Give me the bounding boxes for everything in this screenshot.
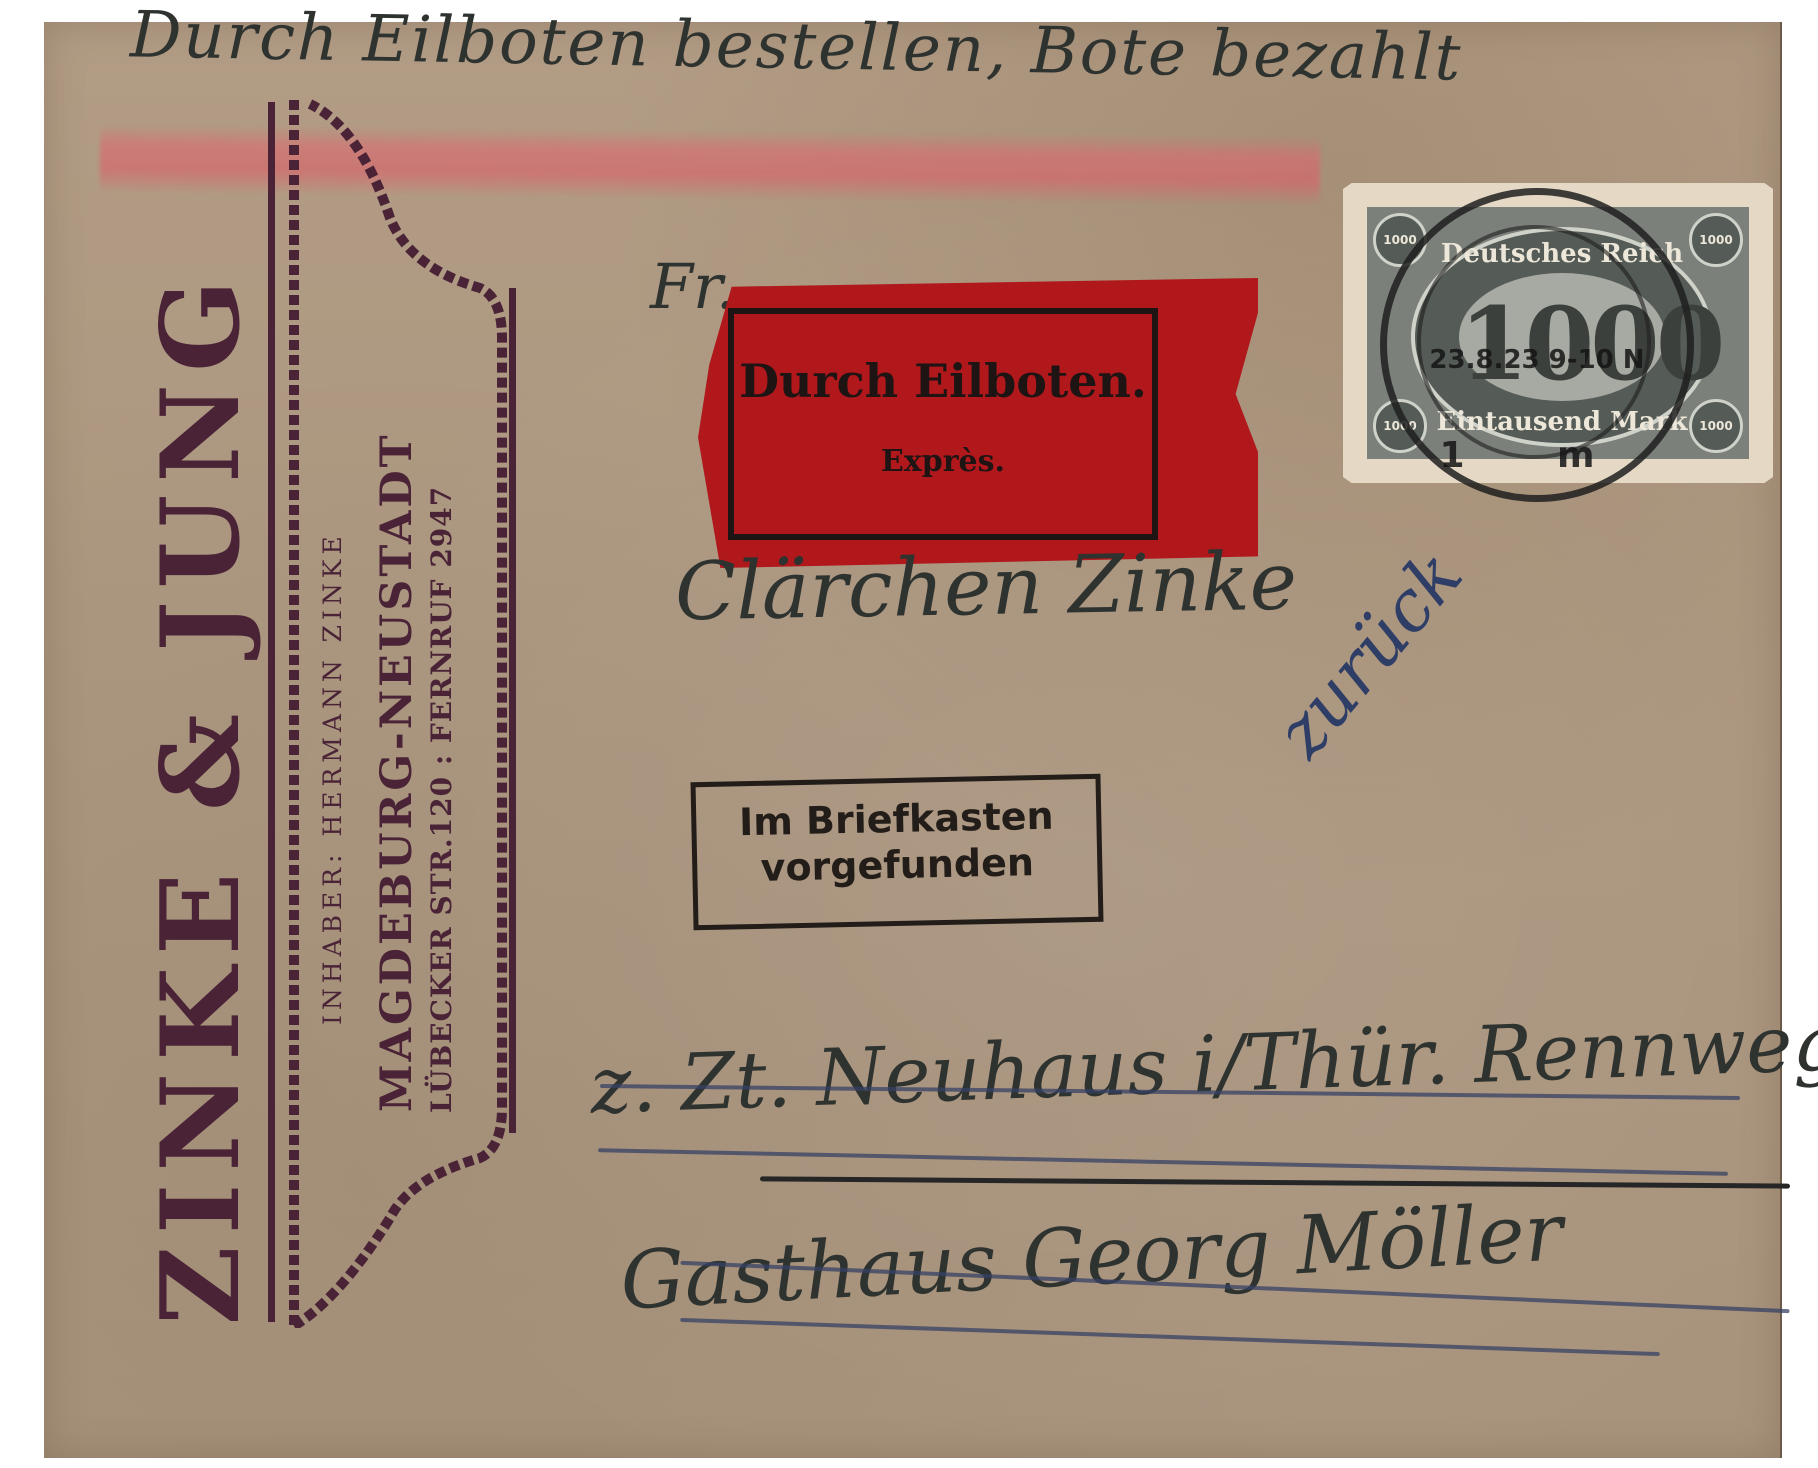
handwritten-prefix: Fr. xyxy=(650,250,736,323)
cachet-line-1: Im Briefkasten xyxy=(696,793,1097,845)
address-line: LÜBECKER STR.120 : FERNRUF 2947 xyxy=(425,486,458,1113)
postmark-cancel: 23.8.23 9-10 N 1 m xyxy=(1380,188,1694,502)
express-label-frame: Durch Eilboten. Exprès. xyxy=(728,308,1158,540)
company-name: ZINKE & JUNG xyxy=(138,268,264,1325)
recipient-name: Clärchen Zinke xyxy=(674,535,1297,639)
express-label-title: Durch Eilboten. xyxy=(734,354,1152,408)
postmark-date: 23.8.23 9-10 N xyxy=(1387,345,1687,375)
postmark-inner-ring xyxy=(1417,225,1651,459)
express-label-subtitle: Exprès. xyxy=(734,444,1152,479)
city-line: MAGDEBURG-NEUSTADT xyxy=(372,432,422,1112)
briefkasten-cachet: Im Briefkasten vorgefunden xyxy=(690,774,1103,931)
owner-line: INHABER: HERMANN ZINKE xyxy=(318,531,347,1025)
letterhead-rule-left xyxy=(268,102,275,1322)
postmark-code: 1 m xyxy=(1387,435,1687,476)
cachet-line-2: vorgefunden xyxy=(697,839,1098,891)
